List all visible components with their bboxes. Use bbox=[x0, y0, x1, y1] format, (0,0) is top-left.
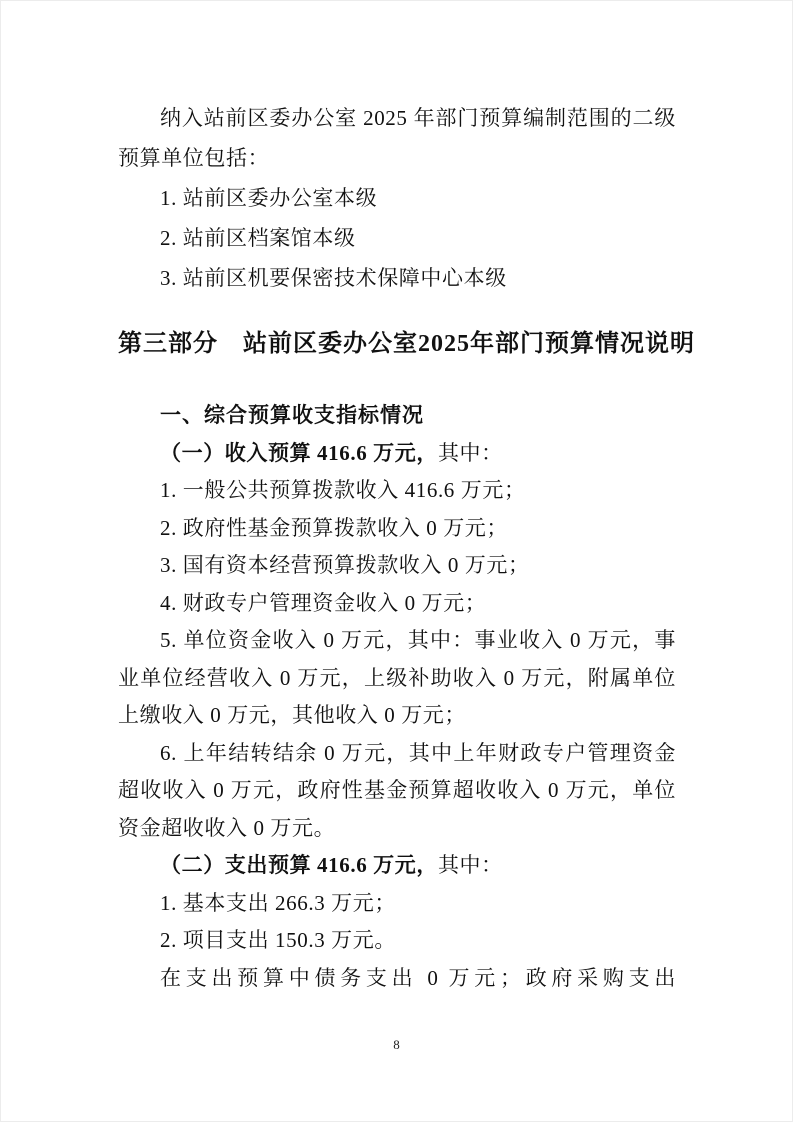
unit-list-item-1: 1. 站前区委办公室本级 bbox=[118, 178, 676, 218]
income-lead-paragraph: （一）收入预算 416.6 万元，其中： bbox=[118, 435, 676, 473]
intro-paragraph: 纳入站前区委办公室 2025 年部门预算编制范围的二级预算单位包括： bbox=[118, 98, 676, 178]
income-item-1: 1. 一般公共预算拨款收入 416.6 万元； bbox=[118, 472, 676, 510]
document-page: 纳入站前区委办公室 2025 年部门预算编制范围的二级预算单位包括： 1. 站前… bbox=[0, 0, 793, 1122]
page-number: 8 bbox=[0, 1036, 793, 1054]
income-item-4: 4. 财政专户管理资金收入 0 万元； bbox=[118, 585, 676, 623]
part-heading: 第三部分 站前区委办公室2025年部门预算情况说明 bbox=[118, 322, 676, 366]
document-content: 纳入站前区委办公室 2025 年部门预算编制范围的二级预算单位包括： 1. 站前… bbox=[118, 98, 676, 997]
expense-lead-bold: （二）支出预算 416.6 万元， bbox=[160, 853, 438, 877]
unit-list-item-3: 3. 站前区机要保密技术保障中心本级 bbox=[118, 258, 676, 298]
income-item-5: 5. 单位资金收入 0 万元，其中：事业收入 0 万元，事业单位经营收入 0 万… bbox=[118, 622, 676, 735]
expense-item-2: 2. 项目支出 150.3 万元。 bbox=[118, 922, 676, 960]
section-heading: 一、综合预算收支指标情况 bbox=[118, 397, 676, 435]
income-item-2: 2. 政府性基金预算拨款收入 0 万元； bbox=[118, 510, 676, 548]
expense-lead-rest: 其中： bbox=[438, 853, 503, 877]
income-item-3: 3. 国有资本经营预算拨款收入 0 万元； bbox=[118, 547, 676, 585]
income-item-6: 6. 上年结转结余 0 万元，其中上年财政专户管理资金超收收入 0 万元，政府性… bbox=[118, 735, 676, 848]
income-lead-rest: 其中： bbox=[438, 441, 503, 465]
expense-tail-paragraph: 在支出预算中债务支出 0 万元；政府采购支出 bbox=[118, 960, 676, 998]
expense-item-1: 1. 基本支出 266.3 万元； bbox=[118, 885, 676, 923]
intro-block: 纳入站前区委办公室 2025 年部门预算编制范围的二级预算单位包括： 1. 站前… bbox=[118, 98, 676, 298]
income-lead-bold: （一）收入预算 416.6 万元， bbox=[160, 441, 438, 465]
expense-lead-paragraph: （二）支出预算 416.6 万元，其中： bbox=[118, 847, 676, 885]
unit-list-item-2: 2. 站前区档案馆本级 bbox=[118, 218, 676, 258]
